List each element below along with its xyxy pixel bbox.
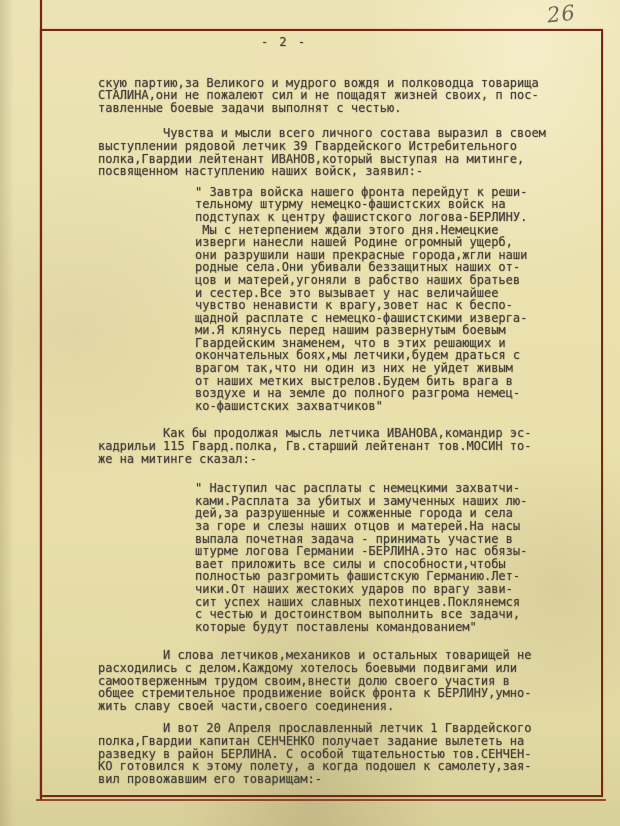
- scanned-document-page: 26 - 2 - скую партию,за Великого и мудро…: [0, 0, 620, 826]
- paragraph-deeds: И слова летчиков,механиков и остальных т…: [98, 649, 560, 712]
- quote-ivanov-speech: " Завтра войска нашего фронта перейдут к…: [195, 186, 560, 413]
- paragraph-ivanov-intro: Чувства и мысли всего личного состава вы…: [98, 127, 560, 177]
- typed-page-number: - 2 -: [98, 36, 470, 49]
- paragraph-mosin-intro: Как бы продолжая мысль летчика ИВАНОВА,к…: [98, 427, 560, 465]
- handwritten-page-number: 26: [546, 1, 577, 28]
- border-frame-underline: [36, 799, 606, 801]
- paragraph-continuation: скую партию,за Великого и мудрого вождя …: [98, 77, 560, 115]
- quote-mosin-speech: " Наступил час расплаты с немецкими захв…: [195, 482, 560, 633]
- typed-text-column: - 2 - скую партию,за Великого и мудрого …: [98, 36, 560, 785]
- paragraph-senchenko: И вот 20 Апреля прославленный летчик 1 Г…: [98, 722, 560, 785]
